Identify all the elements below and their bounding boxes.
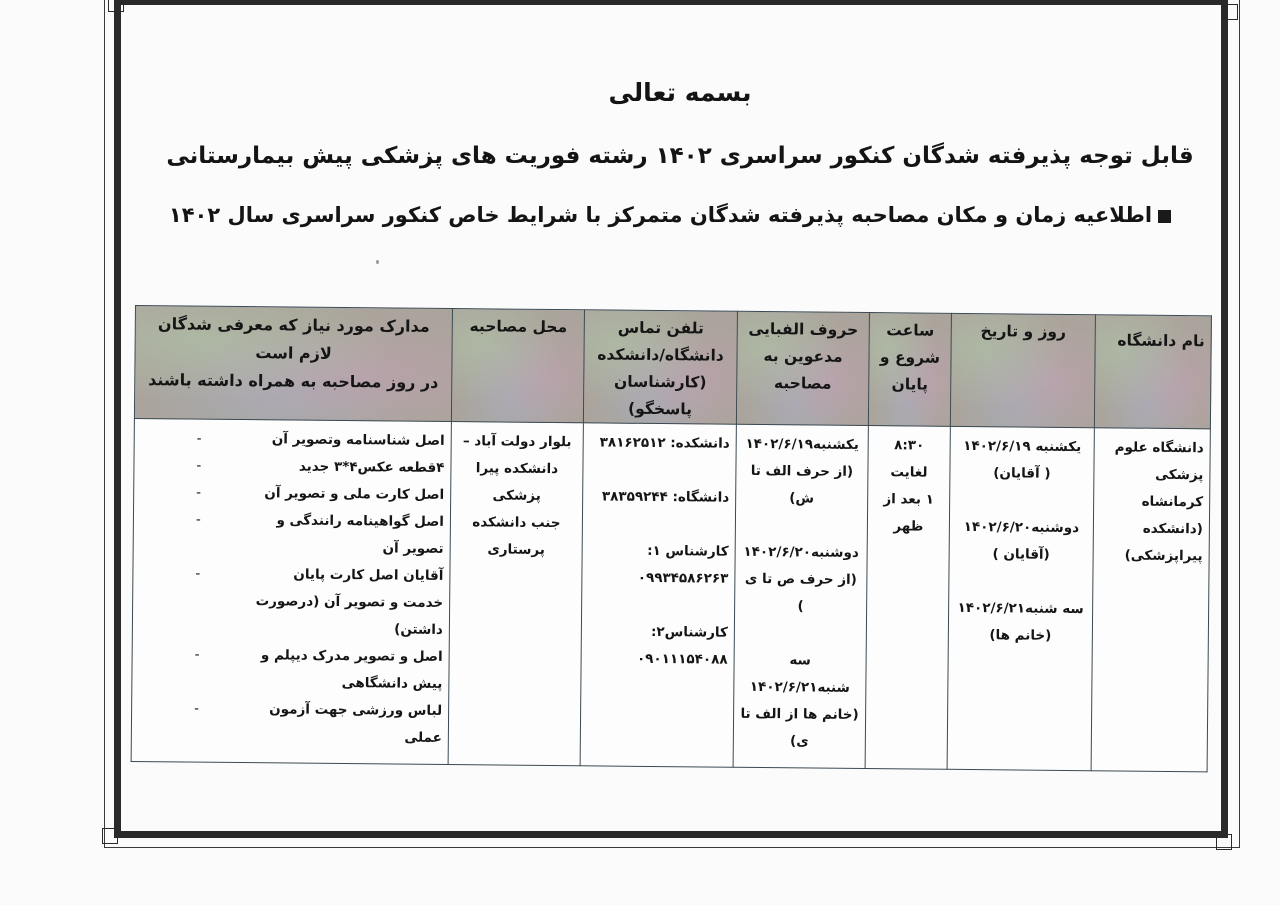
cell-documents: - اصل شناسنامه وتصویر آن - ۴قطعه عکس۴*۳ … xyxy=(131,418,451,764)
header-phone-line: تلفن تماس xyxy=(591,314,731,342)
header-phone-line: (کارشناسان پاسخگو) xyxy=(590,368,731,423)
location-line: بلوار دولت آباد – xyxy=(458,428,577,456)
bismillah-heading: بسمه تعالی xyxy=(40,78,1280,107)
phone-university: دانشگاه: ۳۸۳۵۹۲۴۴ xyxy=(589,483,729,511)
frame-corner-bottom-left xyxy=(102,828,118,844)
list-item: - اصل کارت ملی و تصویر آن xyxy=(140,479,444,509)
spacer xyxy=(589,510,729,538)
document-line: ۴قطعه عکس۴*۳ جدید xyxy=(244,453,444,482)
header-date: روز و تاریخ xyxy=(950,313,1095,427)
spacer xyxy=(741,620,860,648)
date-entry: دوشنبه۱۴۰۲/۶/۲۰ xyxy=(956,514,1087,542)
dash-bullet-icon: - xyxy=(195,642,200,669)
frame-corner-top-right xyxy=(1222,4,1238,20)
subtitle-text: اطلاعیه زمان و مکان مصاحبه پذیرفته شدگان… xyxy=(169,203,1152,227)
header-letters-line: مصاحبه xyxy=(743,370,862,398)
dash-bullet-icon: - xyxy=(197,426,202,453)
time-line: ۱ بعد از xyxy=(874,486,943,514)
header-documents-line: مدارک مورد نیاز که معرفی شدگان لازم است xyxy=(141,310,446,369)
header-phone-line: دانشگاه/دانشکده xyxy=(590,341,730,369)
document-line: آقایان اصل کارت پایان xyxy=(243,561,443,590)
date-entry: یکشنبه ۱۴۰۲/۶/۱۹ xyxy=(957,433,1088,461)
interview-schedule-table-wrapper: نام دانشگاه روز و تاریخ ساعت شروع و پایا… xyxy=(131,305,1211,772)
document-line: اصل گواهینامه رانندگی و xyxy=(244,507,444,536)
letters-date: دوشنبه۱۴۰۲/۶/۲۰ xyxy=(742,539,861,567)
documents-list: - اصل شناسنامه وتصویر آن - ۴قطعه عکس۴*۳ … xyxy=(138,425,445,752)
header-university: نام دانشگاه xyxy=(1094,315,1211,429)
frame-corner-top-left xyxy=(108,0,124,12)
document-line: تصویر آن xyxy=(244,534,444,563)
cell-time: ۸:۳۰ لغایت ۱ بعد از ظهر xyxy=(865,426,950,770)
dash-bullet-icon: - xyxy=(196,507,201,534)
letters-range: (از حرف الف تا ش) xyxy=(742,458,862,513)
header-location: محل مصاحبه xyxy=(451,309,584,423)
cell-university: دانشگاه علوم پزشکی کرمانشاه (دانشکده پیر… xyxy=(1091,428,1210,772)
phone-expert2-number: ۰۹۰۱۱۱۵۴۰۸۸ xyxy=(587,645,727,673)
document-subtitle: اطلاعیه زمان و مکان مصاحبه پذیرفته شدگان… xyxy=(30,203,1280,227)
document-line: خدمت و تصویر آن (درصورت xyxy=(243,588,443,617)
dash-bullet-icon: - xyxy=(196,453,201,480)
spacer xyxy=(956,487,1087,515)
cell-phones: دانشکده: ۳۸۱۶۲۵۱۲ دانشگاه: ۳۸۳۵۹۲۴۴ کارش… xyxy=(580,423,736,767)
document-line: اصل و تصویر مدرک دیپلم و xyxy=(243,642,443,671)
location-line: پرستاری xyxy=(457,536,576,564)
list-item: - اصل شناسنامه وتصویر آن xyxy=(141,425,445,455)
document-line: لباس ورزشی جهت آزمون xyxy=(242,696,442,725)
document-line: عملی xyxy=(242,723,442,752)
list-item: - اصل و تصویر مدرک دیپلم و پیش دانشگاهی xyxy=(138,641,443,698)
letters-range: (از حرف ص تا ی ) xyxy=(741,566,861,621)
dash-bullet-icon: - xyxy=(196,480,201,507)
location-line: دانشکده پیرا پزشکی xyxy=(457,455,577,510)
letters-range: (خانم ها از الف تا ی) xyxy=(740,701,860,756)
document-line: داشتن) xyxy=(243,615,443,644)
header-time: ساعت شروع و پایان xyxy=(868,313,951,427)
phone-faculty: دانشکده: ۳۸۱۶۲۵۱۲ xyxy=(590,429,730,457)
cell-letters: یکشنبه۱۴۰۲/۶/۱۹ (از حرف الف تا ش) دوشنبه… xyxy=(733,424,868,768)
document-line: اصل شناسنامه وتصویر آن xyxy=(245,426,445,455)
cell-location: بلوار دولت آباد – دانشکده پیرا پزشکی جنب… xyxy=(448,422,583,766)
phone-expert2-label: کارشناس۲: xyxy=(588,618,728,646)
header-documents: مدارک مورد نیاز که معرفی شدگان لازم است … xyxy=(134,306,452,422)
document-line: پیش دانشگاهی xyxy=(242,669,442,698)
date-group: ( آقایان) xyxy=(956,460,1087,488)
scanned-document-page: بسمه تعالی قابل توجه پذیرفته شدگان کنکور… xyxy=(0,0,1280,905)
table-row: دانشگاه علوم پزشکی کرمانشاه (دانشکده پیر… xyxy=(131,418,1210,771)
header-time-line: پایان xyxy=(875,371,944,399)
time-line: ظهر xyxy=(874,513,943,541)
location-line: جنب دانشکده xyxy=(457,509,576,537)
frame-corner-bottom-right xyxy=(1216,834,1232,850)
spacer xyxy=(955,568,1086,596)
header-documents-line: در روز مصاحبه به همراه داشته باشند xyxy=(141,366,445,397)
cell-dates: یکشنبه ۱۴۰۲/۶/۱۹ ( آقایان) دوشنبه۱۴۰۲/۶/… xyxy=(947,426,1094,770)
square-bullet-icon xyxy=(1158,210,1171,223)
interview-schedule-table: نام دانشگاه روز و تاریخ ساعت شروع و پایا… xyxy=(131,305,1212,772)
time-line: ۸:۳۰ لغایت xyxy=(874,432,944,487)
spacer xyxy=(589,456,729,484)
document-line: اصل کارت ملی و تصویر آن xyxy=(244,480,444,509)
scan-speck xyxy=(376,260,379,264)
spacer xyxy=(588,591,728,619)
header-letters-line: حروف الفبایی xyxy=(744,316,863,344)
header-time-line: شروع و xyxy=(875,344,944,372)
phone-expert1-number: ۰۹۹۳۴۵۸۶۲۶۳ xyxy=(588,564,728,592)
document-title: قابل توجه پذیرفته شدگان کنکور سراسری ۱۴۰… xyxy=(40,143,1280,169)
list-item: - اصل گواهینامه رانندگی و تصویر آن xyxy=(140,506,445,563)
letters-date: یکشنبه۱۴۰۲/۶/۱۹ xyxy=(743,431,862,459)
date-group: (خانم ها) xyxy=(955,622,1086,650)
header-letters-line: مدعوین به xyxy=(743,343,862,371)
dash-bullet-icon: - xyxy=(194,696,199,723)
header-phone: تلفن تماس دانشگاه/دانشکده (کارشناسان پاس… xyxy=(583,310,737,424)
header-letters: حروف الفبایی مدعوین به مصاحبه xyxy=(736,311,869,425)
date-group: (آقایان ) xyxy=(956,541,1087,569)
university-line: دانشگاه علوم xyxy=(1101,434,1204,462)
table-header-row: نام دانشگاه روز و تاریخ ساعت شروع و پایا… xyxy=(134,306,1211,429)
header-time-line: ساعت xyxy=(876,317,945,345)
dash-bullet-icon: - xyxy=(195,561,200,588)
university-line: پیراپزشکی) xyxy=(1100,542,1203,570)
letters-date: سه شنبه۱۴۰۲/۶/۲۱ xyxy=(740,647,860,702)
list-item: - آقایان اصل کارت پایان خدمت و تصویر آن … xyxy=(139,560,444,644)
list-item: - ۴قطعه عکس۴*۳ جدید xyxy=(140,452,444,482)
date-entry: سه شنبه۱۴۰۲/۶/۲۱ xyxy=(955,595,1086,623)
university-line: پزشکی کرمانشاه xyxy=(1100,461,1204,516)
spacer xyxy=(742,512,861,540)
list-item: - لباس ورزشی جهت آزمون عملی xyxy=(138,695,443,752)
university-line: (دانشکده xyxy=(1100,515,1203,543)
phone-expert1-label: کارشناس ۱: xyxy=(589,537,729,565)
